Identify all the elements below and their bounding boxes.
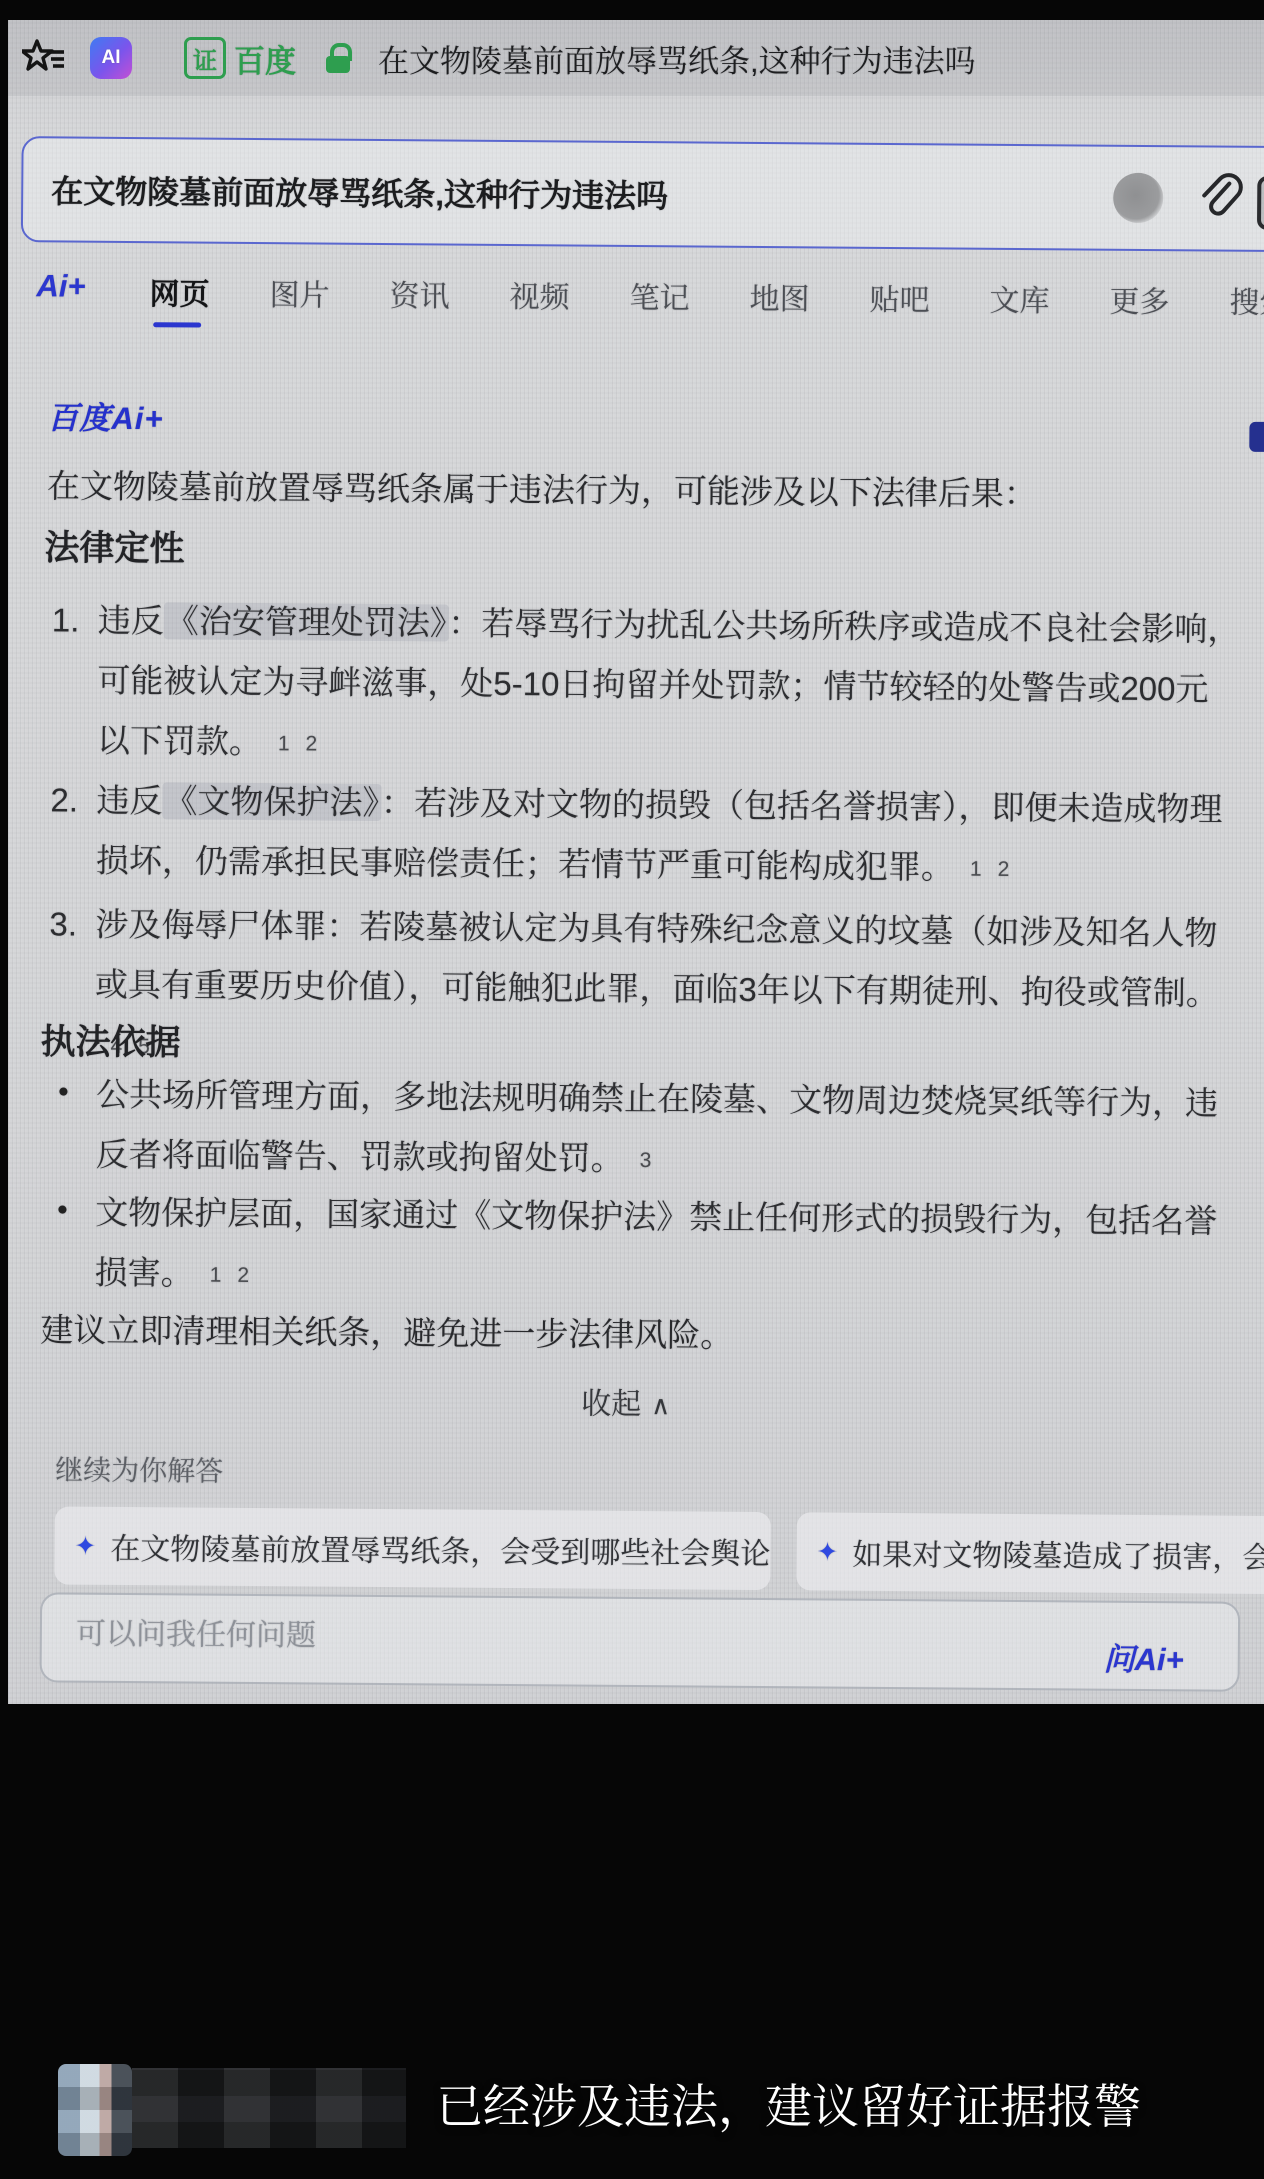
citation-badge[interactable]: 2 [237, 1264, 249, 1287]
ask-input[interactable]: 可以问我任何问题 问Ai+ [40, 1592, 1241, 1691]
verified-badge-char: 证 [193, 41, 217, 76]
enforcement-bullet-2: •文物保护层面，国家通过《文物保护法》禁止任何形式的损毁行为，包括名誉损害。12 [94, 1183, 1235, 1314]
search-box[interactable]: 在文物陵墓前面放辱骂纸条,这种行为违法吗 [21, 136, 1264, 252]
tab-more[interactable]: 更多 [1109, 277, 1169, 335]
suggestion-text: 在文物陵墓前放置辱骂纸条，会受到哪些社会舆论的谴责？ [110, 1524, 771, 1574]
subtitle-text: 已经涉及违法，建议留好证据报警 [436, 2070, 1141, 2137]
browser-screen: AI 证 百度 在文物陵墓前面放辱骂纸条,这种行为违法吗 在文物陵墓前面放辱骂纸… [8, 20, 1264, 1704]
item-text: 违反《治安管理处罚法》：若辱骂行为扰乱公共场所秩序或造成不良社会影响，可能被认定… [97, 591, 1242, 782]
result-nav: Ai+ 网页 图片 资讯 视频 笔记 地图 贴吧 文库 更多 搜索工具 [36, 268, 1264, 337]
item-text: 涉及侮辱尸体罪：若陵墓被认定为具有特殊纪念意义的坟墓（如涉及知名人物或具有重要历… [94, 895, 1239, 1086]
legal-item-3: 3. 涉及侮辱尸体罪：若陵墓被认定为具有特殊纪念意义的坟墓（如涉及知名人物或具有… [48, 894, 1239, 1085]
attachment-paperclip-icon[interactable] [1191, 169, 1247, 225]
tab-search-tools[interactable]: 搜索工具 [1229, 278, 1264, 337]
tab-images[interactable]: 图片 [269, 270, 329, 328]
subtitle-overlay: 已经涉及违法，建议留好证据报警 [0, 2040, 1264, 2160]
bullet-dot: • [57, 1180, 68, 1240]
tab-notes[interactable]: 笔记 [629, 273, 689, 331]
sparkle-icon: ✦ [74, 1530, 96, 1561]
suggestion-chip-2[interactable]: ✦ 如果对文物陵墓造成了损害，会受 [796, 1512, 1264, 1595]
tab-title[interactable]: 在文物陵墓前面放辱骂纸条,这种行为违法吗 [378, 36, 976, 81]
screen-photo: AI 证 百度 在文物陵墓前面放辱骂纸条,这种行为违法吗 在文物陵墓前面放辱骂纸… [0, 0, 1264, 2179]
tab-ai[interactable]: Ai+ [36, 268, 85, 304]
ask-ai-button[interactable]: 问Ai+ [1103, 1634, 1183, 1680]
tab-web[interactable]: 网页 [149, 269, 209, 327]
section-heading-legal: 法律定性 [44, 520, 184, 571]
enforcement-bullet-1: •公共场所管理方面，多地法规明确禁止在陵墓、文物周边焚烧冥纸等行为，违反者将面临… [95, 1065, 1236, 1196]
item-number: 1. [51, 590, 98, 772]
item-number: 2. [50, 770, 97, 892]
ai-favicon-label: AI [102, 47, 121, 69]
cropped-right-icon[interactable] [1257, 176, 1264, 230]
lock-icon [326, 43, 352, 73]
bookmark-star-icon[interactable] [22, 38, 66, 78]
page-content: 在文物陵墓前面放辱骂纸条,这种行为违法吗 Ai+ 网页 图片 资讯 视频 笔记 … [8, 92, 1264, 1704]
cropped-blue-element [1249, 422, 1264, 452]
bullet-dot: • [58, 1062, 69, 1122]
tab-news[interactable]: 资讯 [389, 271, 449, 329]
site-name: 百度 [234, 36, 296, 81]
sparkle-icon: ✦ [816, 1536, 838, 1567]
suggestion-text: 如果对文物陵墓造成了损害，会受 [852, 1530, 1264, 1578]
tab-tieba[interactable]: 贴吧 [869, 275, 929, 333]
censored-username [132, 2068, 406, 2148]
tab-video[interactable]: 视频 [509, 272, 569, 330]
baidu-ai-logo: 百度Ai+ [47, 392, 163, 438]
answer-conclusion: 建议立即清理相关纸条，避免进一步法律风险。 [40, 1304, 733, 1356]
tab-wenku[interactable]: 文库 [989, 276, 1049, 334]
browser-tab-bar: AI 证 百度 在文物陵墓前面放辱骂纸条,这种行为违法吗 [8, 20, 1264, 96]
citation-badge[interactable]: 1 [970, 858, 982, 881]
item-text: 违反《文物保护法》：若涉及对文物的损毁（包括名誉损害），即便未造成物理损坏，仍需… [96, 771, 1241, 902]
search-query-text: 在文物陵墓前面放辱骂纸条,这种行为违法吗 [51, 166, 668, 217]
law-name-link[interactable]: 《文物保护法》 [162, 782, 381, 821]
citation-badge[interactable]: 1 [278, 732, 290, 755]
ask-placeholder: 可以问我任何问题 [76, 1609, 316, 1655]
section-heading-enforcement: 执法依据 [40, 1014, 180, 1065]
answer-intro: 在文物陵墓前放置辱骂纸条属于违法行为，可能涉及以下法律后果： [47, 460, 1037, 515]
suggestion-chip-1[interactable]: ✦ 在文物陵墓前放置辱骂纸条，会受到哪些社会舆论的谴责？ [54, 1506, 771, 1590]
legal-item-1: 1. 违反《治安管理处罚法》：若辱骂行为扰乱公共场所秩序或造成不良社会影响，可能… [51, 590, 1242, 781]
collapse-button[interactable]: 收起∧ [8, 1374, 1254, 1428]
verified-badge-icon: 证 [184, 37, 226, 79]
citation-badge[interactable]: 2 [998, 858, 1010, 881]
law-name-link[interactable]: 《治安管理处罚法》 [164, 602, 449, 641]
legal-item-2: 2. 违反《文物保护法》：若涉及对文物的损毁（包括名誉损害），即便未造成物理损坏… [50, 770, 1241, 901]
camera-icon[interactable] [1113, 173, 1163, 223]
ai-favicon[interactable]: AI [90, 37, 132, 79]
citation-badge[interactable]: 3 [640, 1149, 652, 1172]
citation-badge[interactable]: 1 [210, 1264, 222, 1287]
censored-avatar [58, 2064, 132, 2156]
chevron-up-icon: ∧ [651, 1390, 670, 1420]
citation-badge[interactable]: 2 [306, 732, 318, 755]
followup-title: 继续为你解答 [55, 1448, 223, 1489]
tab-maps[interactable]: 地图 [749, 274, 809, 332]
